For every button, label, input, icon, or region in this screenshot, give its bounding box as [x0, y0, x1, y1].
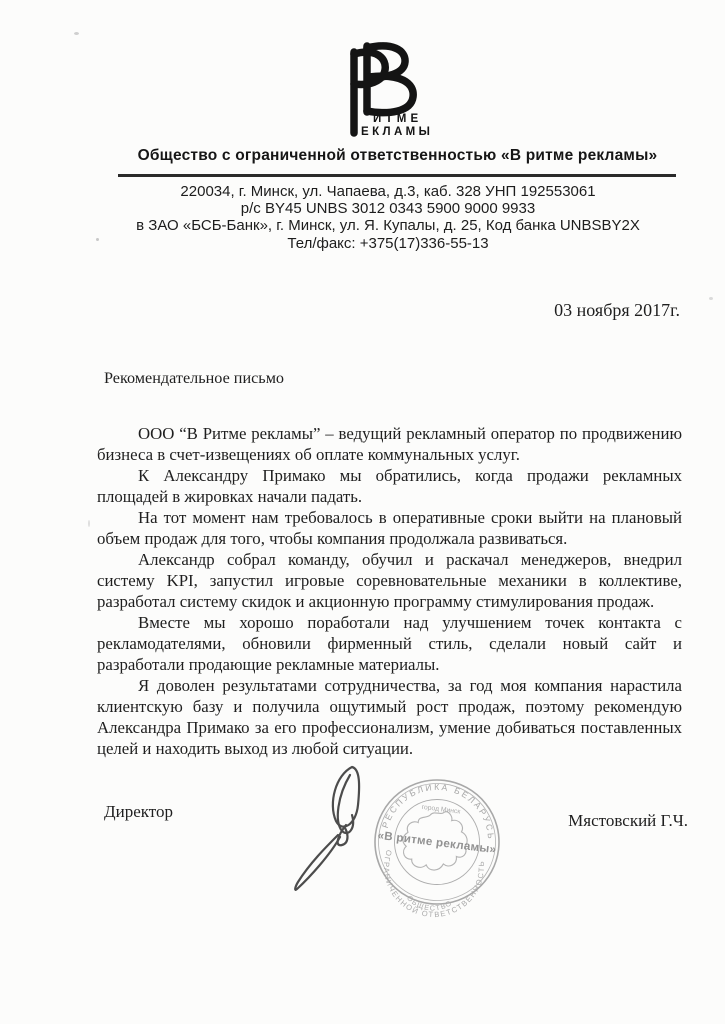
letterhead-phone: Тел/факс: +375(17)336-55-13 — [58, 235, 718, 252]
scan-speck — [709, 297, 713, 300]
letterhead-address: 220034, г. Минск, ул. Чапаева, д.3, каб.… — [58, 183, 718, 200]
paragraph: На тот момент нам требовалось в оператив… — [97, 507, 682, 549]
scan-speck — [88, 520, 90, 527]
signatory-role: Директор — [104, 802, 173, 822]
signatory-name: Мястовский Г.Ч. — [568, 811, 688, 831]
paragraph: ООО “В Ритме рекламы” – ведущий рекламны… — [97, 423, 682, 465]
letter-body: ООО “В Ритме рекламы” – ведущий рекламны… — [97, 423, 682, 759]
company-logo: ИТМЕ ЕКЛАМЫ — [336, 36, 462, 142]
letter-title: Рекомендательное письмо — [104, 369, 284, 388]
paragraph: К Александру Примако мы обратились, когд… — [97, 465, 682, 507]
letterhead-block: 220034, г. Минск, ул. Чапаева, д.3, каб.… — [58, 183, 718, 252]
scan-speck — [74, 32, 79, 35]
letterhead-bank: в ЗАО «БСБ-Банк», г. Минск, ул. Я. Купал… — [58, 217, 718, 234]
company-name-heading: Общество с ограниченной ответственностью… — [70, 147, 725, 165]
letter-date: 03 ноября 2017г. — [554, 300, 680, 321]
scan-speck — [96, 238, 99, 241]
header-divider — [118, 174, 676, 177]
stamp-center-text: «В ритме рекламы» — [377, 829, 497, 856]
paragraph: Вместе мы хорошо поработали над улучшени… — [97, 612, 682, 675]
logo-text-line1: ИТМЕ — [373, 113, 422, 125]
company-stamp: РЕСПУБЛИКА БЕЛАРУСЬ С ОГРАНИЧЕННОЙ ОТВЕТ… — [317, 722, 557, 962]
logo-text-line2: ЕКЛАМЫ — [361, 126, 433, 138]
letterhead-account: р/с BY45 UNBS 3012 0343 5900 9000 9933 — [58, 200, 718, 217]
scanned-letter-page: ИТМЕ ЕКЛАМЫ Общество с ограниченной отве… — [0, 0, 725, 1024]
paragraph: Александр собрал команду, обучил и раска… — [97, 549, 682, 612]
